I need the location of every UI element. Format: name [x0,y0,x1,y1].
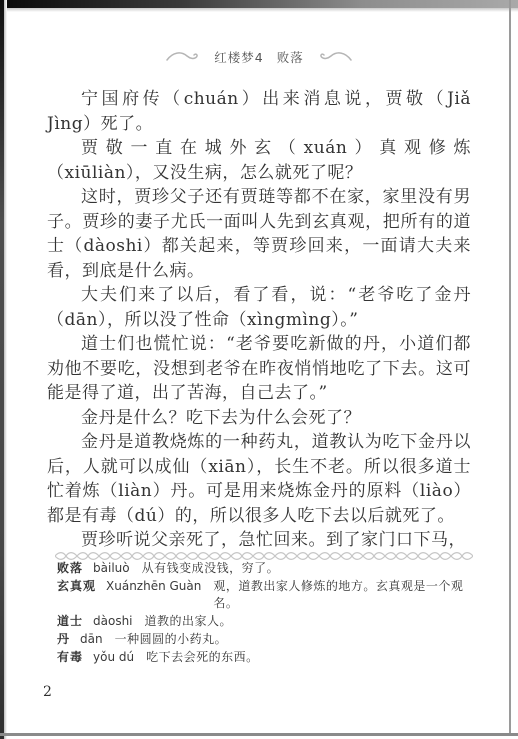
footnote-term: 有毒 [57,649,83,666]
running-head-titles: 红楼梦4 败落 [214,48,303,66]
paragraph: 宁国府传（chuán）出来消息说，贾敬（Jiǎ Jìng）死了。 [47,87,471,136]
paragraph: 贾敬一直在城外玄（xuán）真观修炼（xiūliàn），又没生病，怎么就死了呢？ [47,136,471,185]
swirl-ornament-left-icon [166,49,200,65]
footnote-definition: 一种圆圆的小药丸。 [115,631,475,648]
footnotes: 败落 bàiluò 从有钱变成没钱，穷了。 玄真观 Xuánzhēn Guàn … [57,560,475,667]
footnote-definition: 从有钱变成没钱，穷了。 [142,560,475,577]
footnote-definition: 观，道教出家人修炼的地方。玄真观是一个观名。 [213,578,475,612]
footnote-pinyin: dàoshi [93,613,133,630]
scan-edge-right [509,0,511,735]
scan-edge-bottom [0,733,518,736]
footnote-divider-icon [55,546,473,556]
book-page: 红楼梦4 败落 宁国府传（chuán）出来消息说，贾敬（Jiǎ Jìng）死了。… [0,0,518,739]
scan-edge-left-fade [4,0,7,739]
footnote-pinyin: bàiluò [93,560,130,577]
scan-edge-top [0,0,518,8]
page-number: 2 [43,684,52,700]
scan-edge-top-fade [0,8,518,12]
footnote-row: 丹 dān 一种圆圆的小药丸。 [57,631,475,648]
running-head: 红楼梦4 败落 [0,48,518,66]
paragraph: 这时，贾珍父子还有贾琏等都不在家，家里没有男子。贾珍的妻子尤氏一面叫人先到玄真观… [47,185,471,283]
paragraph: 道士们也慌忙说：“老爷要吃新做的丹，小道们都劝他不要吃，没想到老爷在昨夜悄悄地吃… [47,332,471,406]
footnote-row: 败落 bàiluò 从有钱变成没钱，穷了。 [57,560,475,577]
paragraph: 金丹是什么？吃下去为什么会死了？ [47,406,471,431]
book-title: 红楼梦4 [214,48,263,66]
paragraph: 大夫们来了以后，看了看，说：“老爷吃了金丹（dān），所以没了性命（xìngmì… [47,283,471,332]
footnote-pinyin: yǒu dú [93,649,134,666]
footnote-term: 玄真观 [57,578,96,595]
footnote-pinyin: dān [80,631,103,648]
footnote-term: 丹 [57,631,70,648]
footnote-term: 败落 [57,560,83,577]
footnote-pinyin: Xuánzhēn Guàn [106,578,201,595]
footnote-term: 道士 [57,613,83,630]
footnote-definition: 道教的出家人。 [145,613,475,630]
swirl-ornament-right-icon [318,49,352,65]
paragraph: 金丹是道教烧炼的一种药丸，道教认为吃下金丹以后，人就可以成仙（xiān），长生不… [47,430,471,528]
chapter-title: 败落 [277,48,304,66]
footnote-row: 玄真观 Xuánzhēn Guàn 观，道教出家人修炼的地方。玄真观是一个观名。 [57,578,475,612]
footnote-definition: 吃下去会死的东西。 [146,649,475,666]
body-text: 宁国府传（chuán）出来消息说，贾敬（Jiǎ Jìng）死了。 贾敬一直在城外… [47,87,471,553]
footnote-row: 道士 dàoshi 道教的出家人。 [57,613,475,630]
footnote-row: 有毒 yǒu dú 吃下去会死的东西。 [57,649,475,666]
